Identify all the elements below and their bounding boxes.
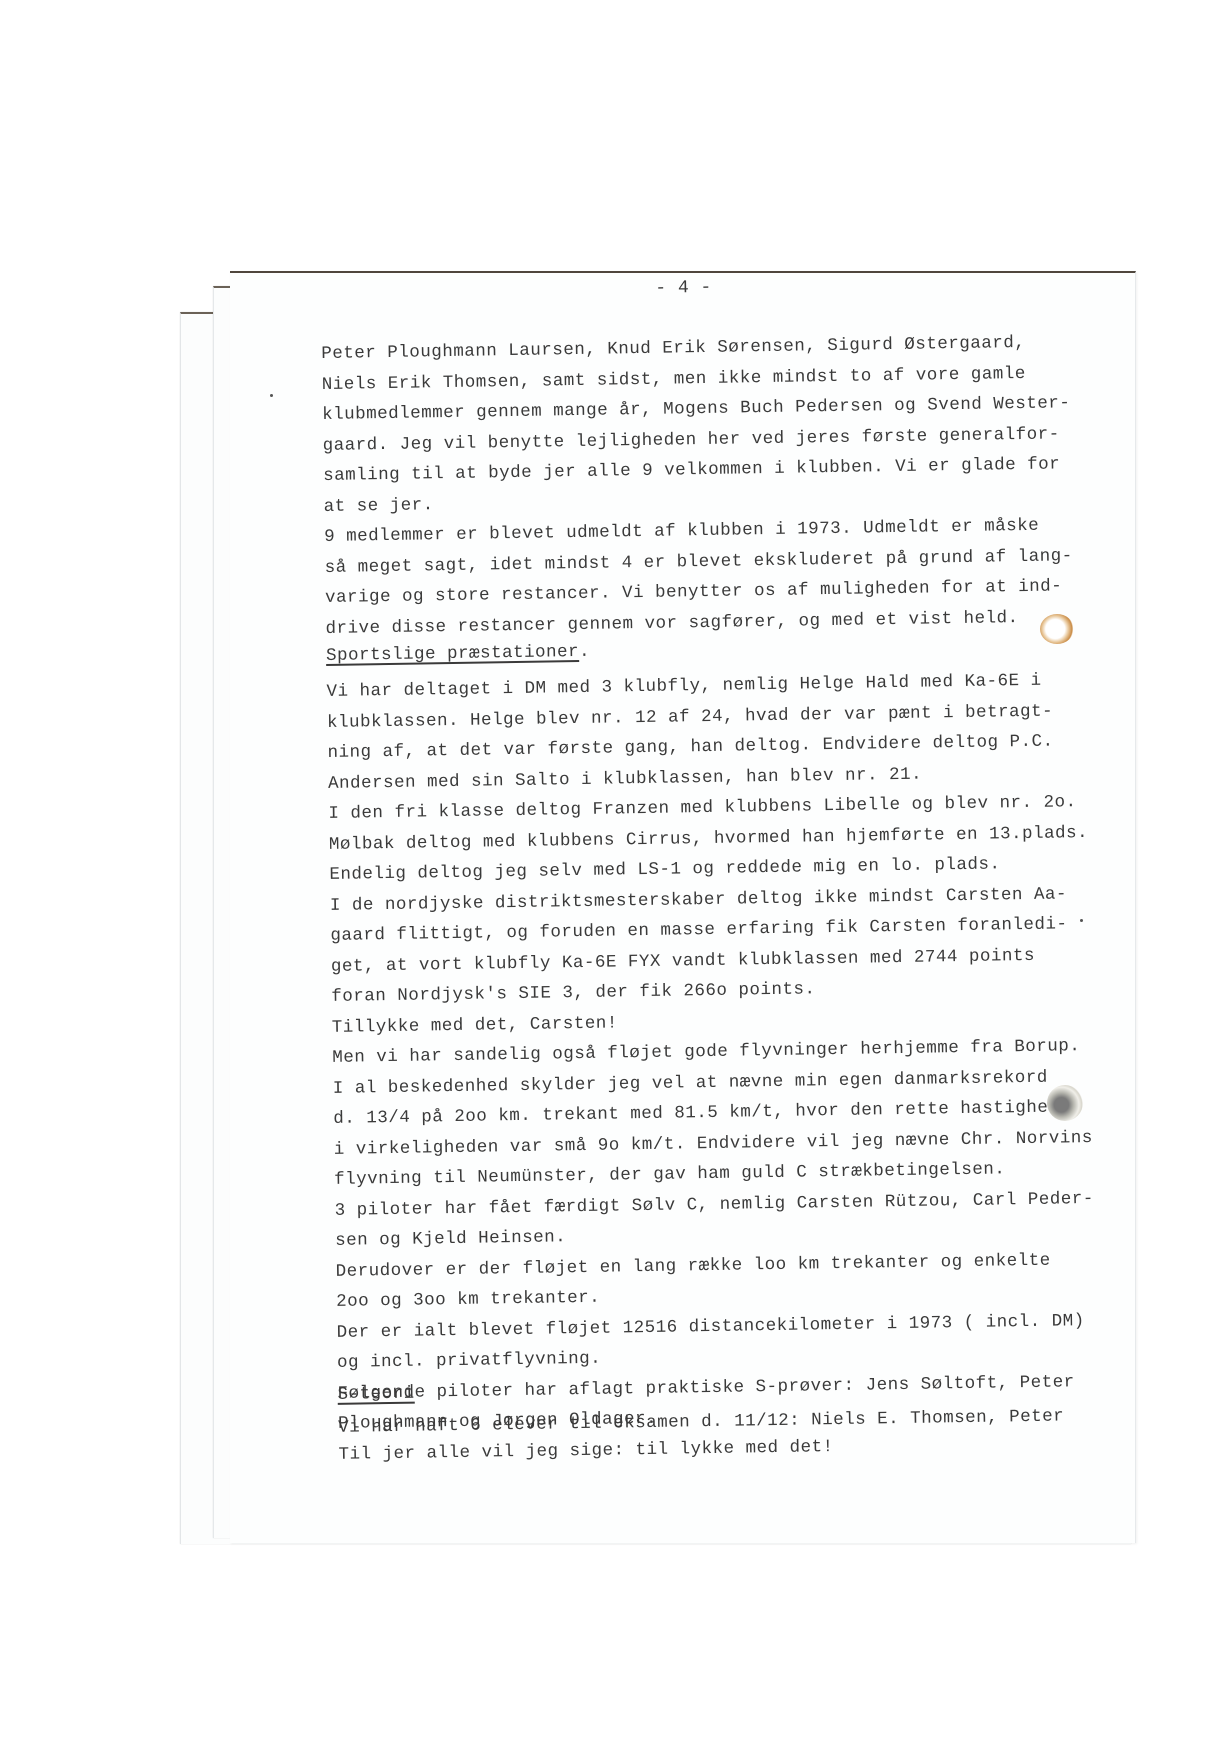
heading-text: S-teori	[337, 1384, 414, 1405]
paragraph-sport-achievements: Vi har deltaget i DM med 3 klubfly, neml…	[326, 665, 1128, 1470]
paper-speck	[1080, 919, 1083, 922]
heading-text: Sportslige præstationer	[326, 642, 579, 666]
punch-hole	[1047, 1085, 1083, 1121]
paper-speck	[270, 394, 273, 397]
paragraph-new-members: Peter Ploughmann Laursen, Knud Erik Søre…	[321, 327, 1116, 644]
document-page: - 4 - Peter Ploughmann Laursen, Knud Eri…	[230, 271, 1136, 1543]
punch-hole-stain	[1040, 614, 1074, 644]
page-number: - 4 -	[655, 278, 712, 299]
typewritten-content: - 4 - Peter Ploughmann Laursen, Knud Eri…	[320, 261, 1110, 273]
